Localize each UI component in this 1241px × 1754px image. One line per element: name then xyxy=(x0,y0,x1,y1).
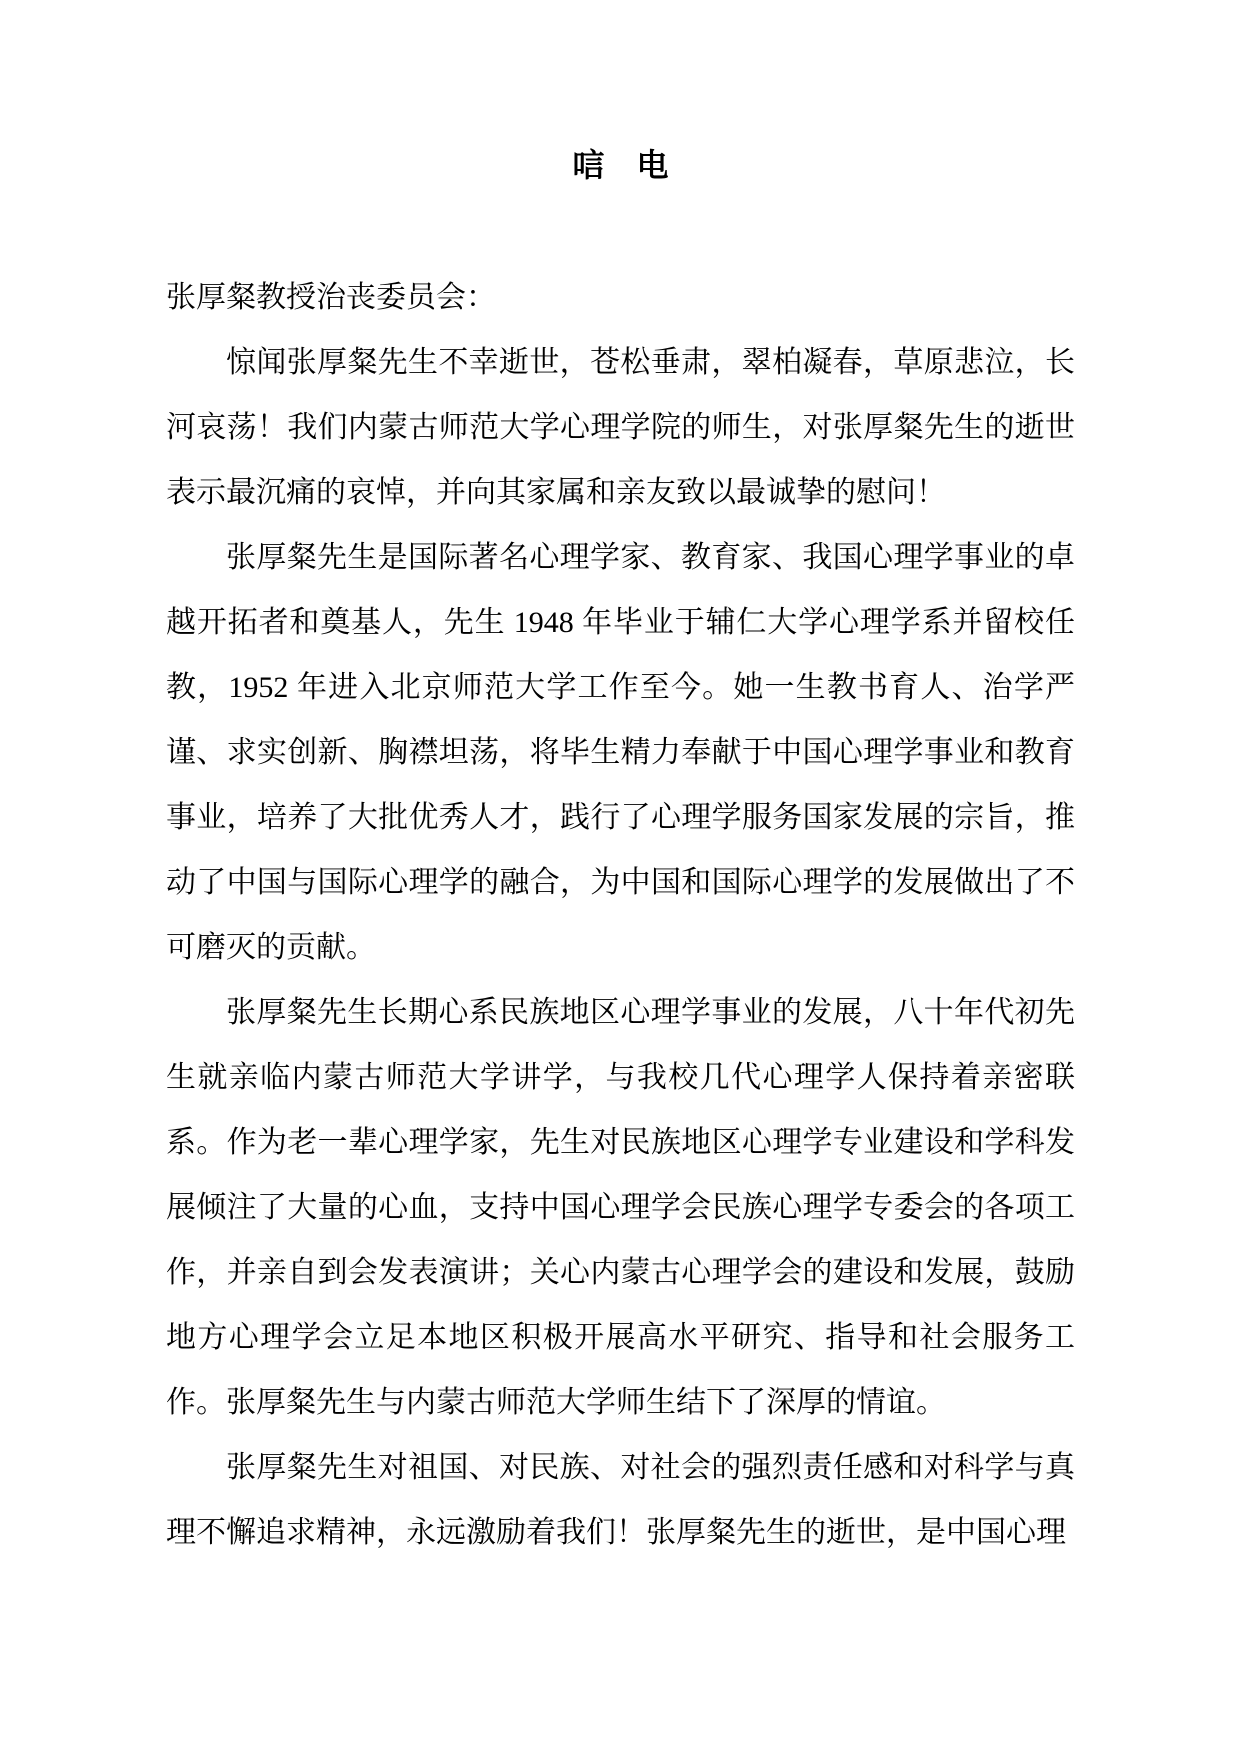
paragraph-list: 惊闻张厚粲先生不幸逝世，苍松垂肃，翠柏凝春，草原悲泣，长河哀荡！我们内蒙古师范大… xyxy=(166,330,1075,1565)
document-page: 唁 电 张厚粲教授治丧委员会： 惊闻张厚粲先生不幸逝世，苍松垂肃，翠柏凝春，草原… xyxy=(0,0,1241,1754)
paragraph: 张厚粲先生对祖国、对民族、对社会的强烈责任感和对科学与真理不懈追求精神，永远激励… xyxy=(166,1435,1075,1565)
paragraph: 张厚粲先生长期心系民族地区心理学事业的发展，八十年代初先生就亲临内蒙古师范大学讲… xyxy=(166,980,1075,1435)
paragraph: 张厚粲先生是国际著名心理学家、教育家、我国心理学事业的卓越开拓者和奠基人，先生 … xyxy=(166,525,1075,980)
document-title: 唁 电 xyxy=(166,140,1075,190)
salutation-line: 张厚粲教授治丧委员会： xyxy=(166,265,1075,330)
paragraph: 惊闻张厚粲先生不幸逝世，苍松垂肃，翠柏凝春，草原悲泣，长河哀荡！我们内蒙古师范大… xyxy=(166,330,1075,525)
document-body: 张厚粲教授治丧委员会： 惊闻张厚粲先生不幸逝世，苍松垂肃，翠柏凝春，草原悲泣，长… xyxy=(166,265,1075,1565)
